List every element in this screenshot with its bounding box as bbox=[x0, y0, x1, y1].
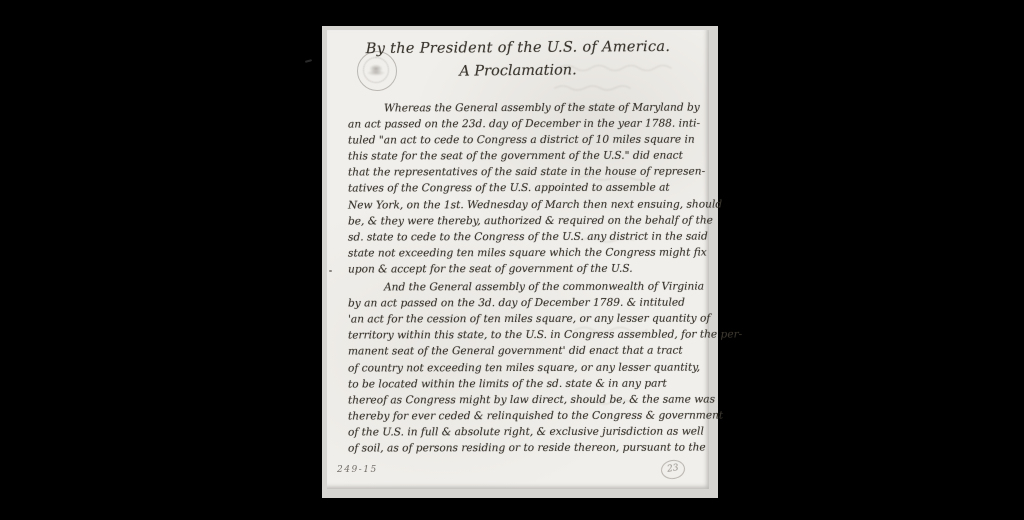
document-title: By the President of the U.S. of America. bbox=[327, 39, 709, 58]
paragraph-virginia-act: And the General assembly of the commonwe… bbox=[348, 279, 698, 456]
manuscript-line: to be located within the limits of the s… bbox=[348, 375, 698, 392]
manuscript-line: of country not exceeding ten miles squar… bbox=[348, 359, 698, 376]
manuscript-line: that the representatives of the said sta… bbox=[348, 164, 698, 181]
dust-speck bbox=[329, 270, 332, 272]
scanner-background: By the President of the U.S. of America.… bbox=[322, 26, 718, 498]
manuscript-line: thereof as Congress might by law direct,… bbox=[348, 391, 698, 408]
document-subtitle: A Proclamation. bbox=[327, 61, 709, 81]
manuscript-body: Whereas the General assembly of the stat… bbox=[348, 100, 698, 458]
manuscript-line: by an act passed on the 3d. day of Decem… bbox=[348, 295, 698, 312]
manuscript-line: manent seat of the General government' d… bbox=[348, 343, 698, 360]
manuscript-line: tatives of the Congress of the U.S. appo… bbox=[348, 180, 698, 197]
manuscript-page: By the President of the U.S. of America.… bbox=[327, 30, 709, 489]
manuscript-line: this state for the seat of the governmen… bbox=[348, 148, 698, 165]
dust-speck bbox=[305, 59, 312, 63]
archival-number: 249-15 bbox=[337, 465, 378, 475]
page-number-stamp: 23 bbox=[660, 458, 686, 480]
manuscript-line: be, & they were thereby, authorized & re… bbox=[348, 212, 698, 229]
manuscript-line: New York, on the 1st. Wednesday of March… bbox=[348, 196, 698, 213]
manuscript-line: state not exceeding ten miles square whi… bbox=[348, 244, 698, 261]
manuscript-line: thereby for ever ceded & relinquished to… bbox=[348, 407, 698, 424]
paragraph-maryland-act: Whereas the General assembly of the stat… bbox=[348, 100, 698, 277]
manuscript-line: territory within this state, to the U.S.… bbox=[348, 327, 698, 344]
manuscript-line: of soil, as of persons residing or to re… bbox=[348, 440, 698, 457]
manuscript-line: tuled "an act to cede to Congress a dist… bbox=[348, 132, 698, 149]
manuscript-line: an act passed on the 23d. day of Decembe… bbox=[348, 116, 698, 133]
manuscript-line: upon & accept for the seat of government… bbox=[348, 260, 698, 277]
manuscript-line: 'an act for the cession of ten miles squ… bbox=[348, 311, 698, 328]
manuscript-line: Whereas the General assembly of the stat… bbox=[348, 100, 698, 117]
manuscript-line: sd. state to cede to the Congress of the… bbox=[348, 228, 698, 245]
manuscript-line: And the General assembly of the commonwe… bbox=[348, 279, 698, 296]
manuscript-line: of the U.S. in full & absolute right, & … bbox=[348, 423, 698, 440]
